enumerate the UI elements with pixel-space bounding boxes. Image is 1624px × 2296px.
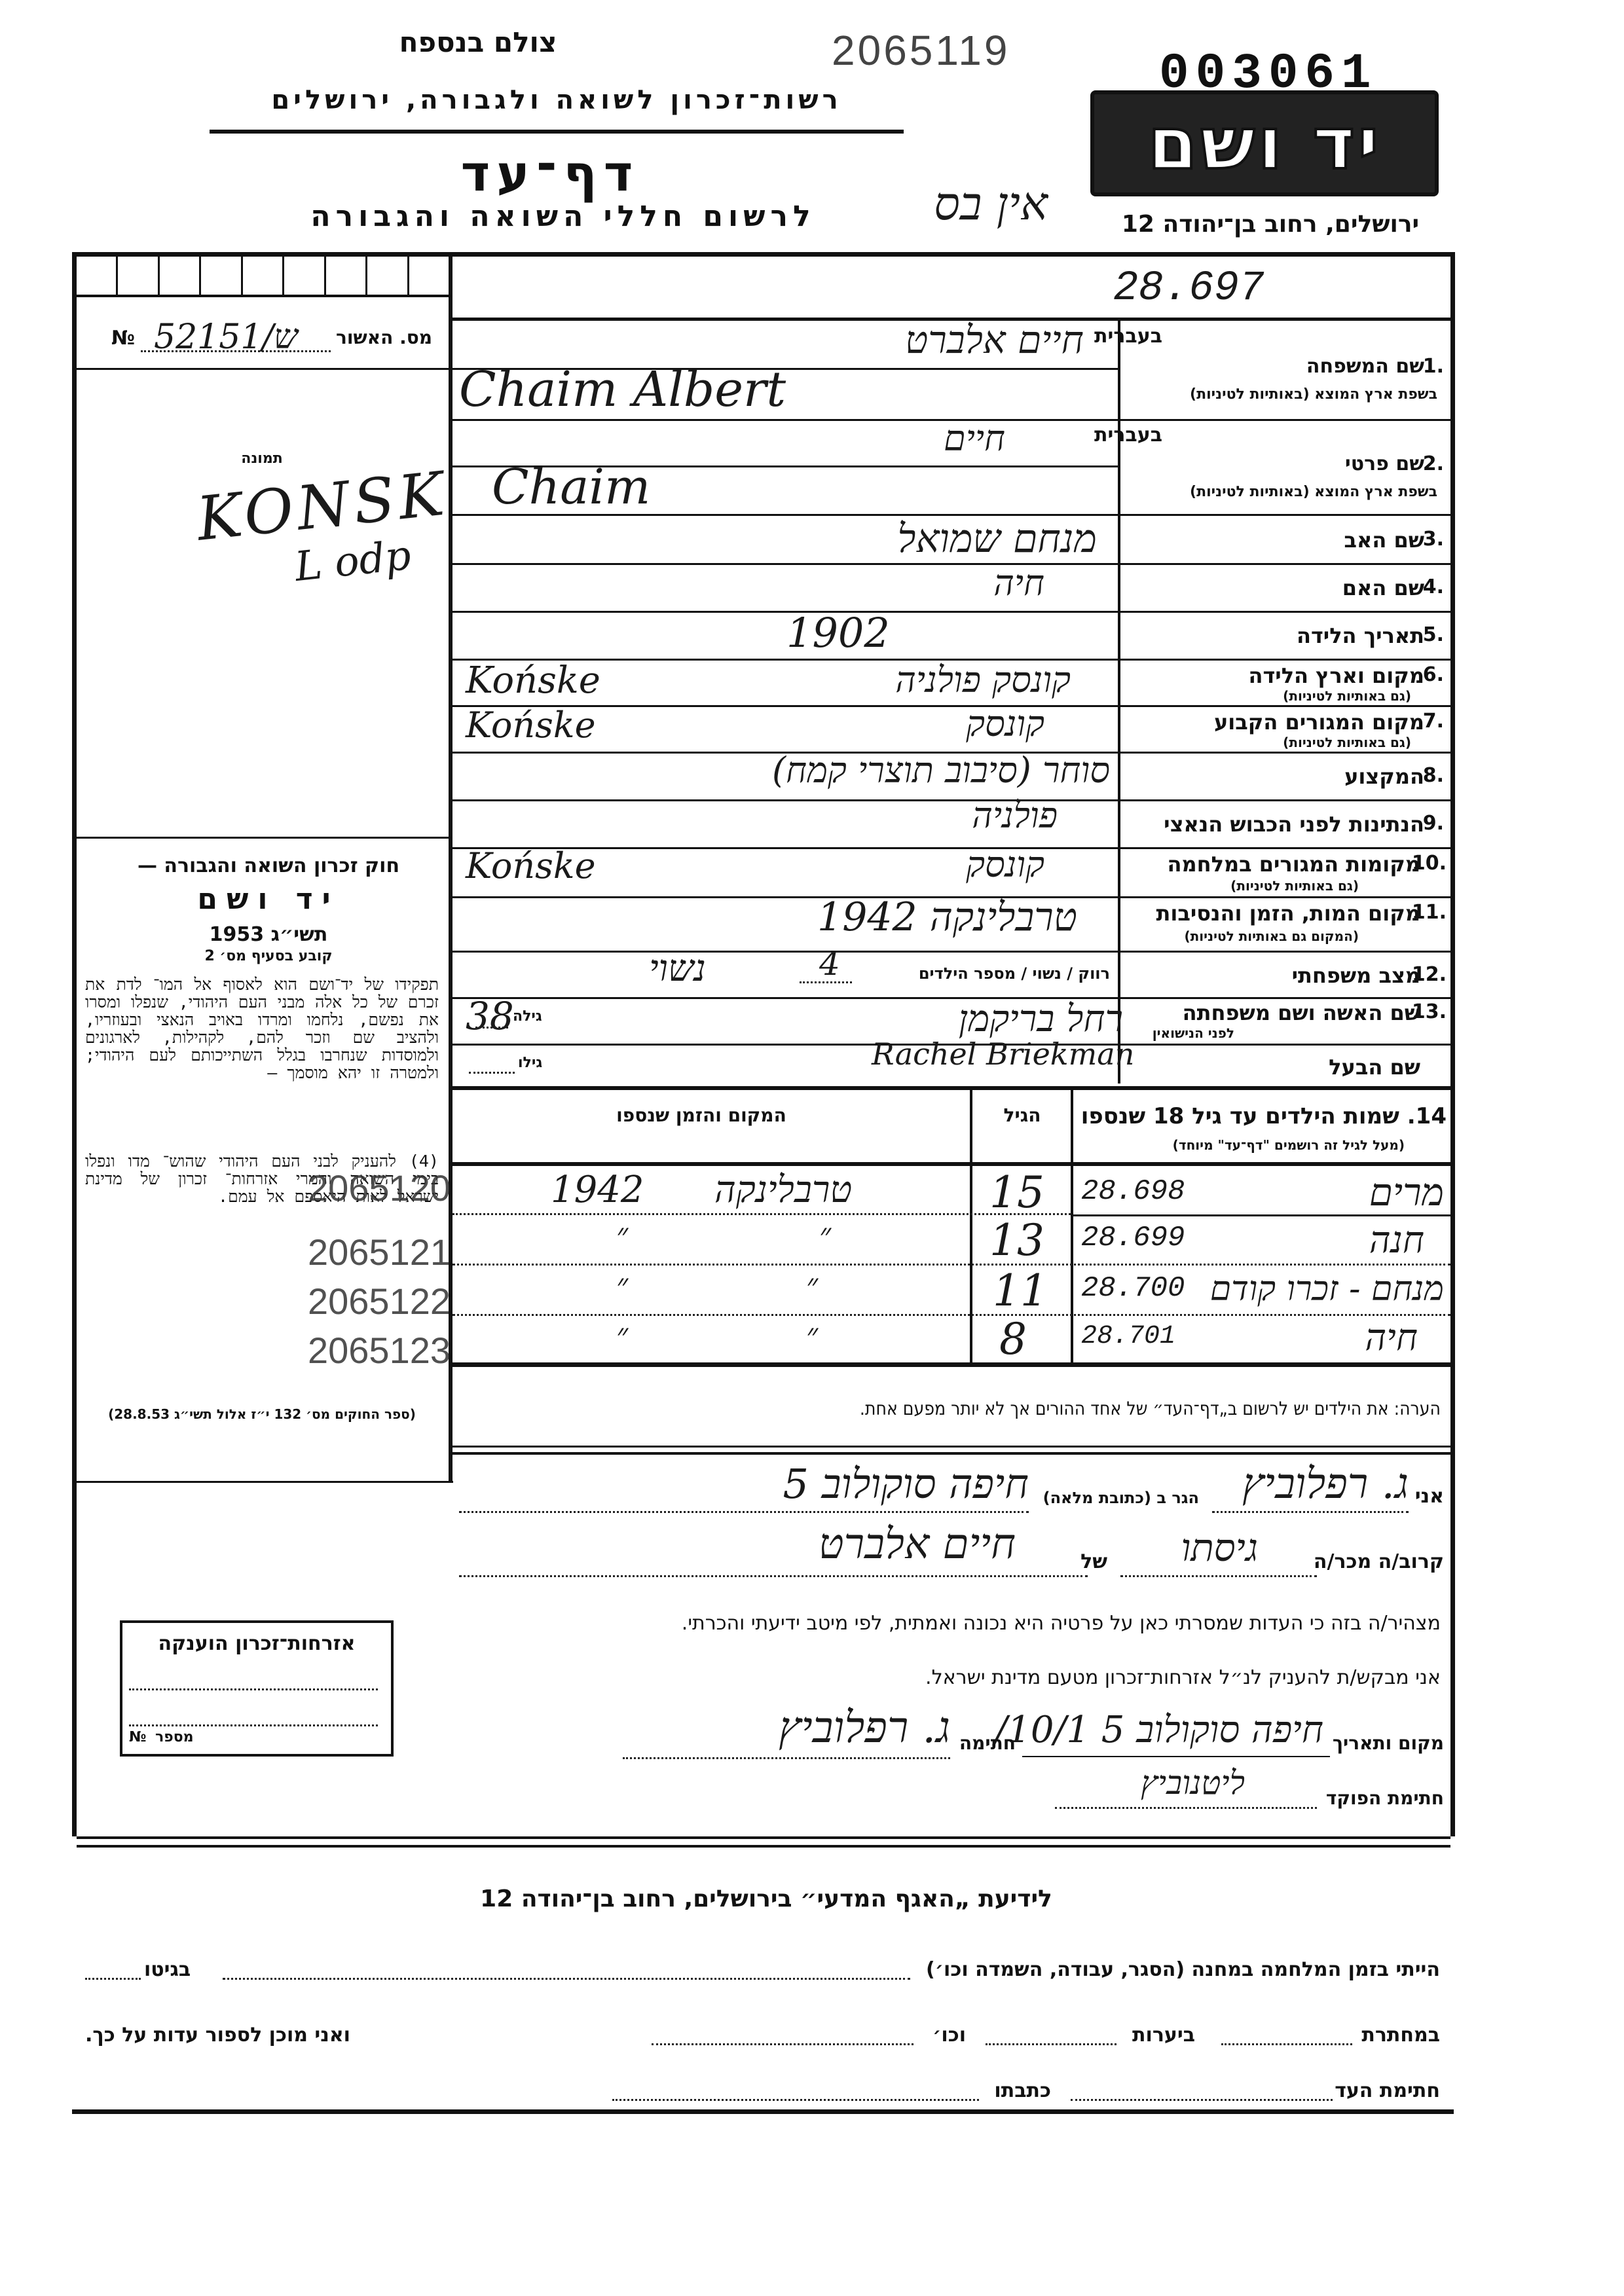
field-5-value[interactable]: 1902 [786, 609, 890, 657]
field-8-profession: המקצוע 8. סוחר (סיבוב תוצרי קמח) [452, 754, 1450, 799]
child-2-record: 28.699 [1081, 1222, 1185, 1254]
place-date-row: מקום ותאריך חיפה סוקולוב 5 10/1/ חתימה ג… [452, 1702, 1448, 1768]
child-2-year[interactable]: ״ [616, 1216, 628, 1253]
children-table-bottom [452, 1362, 1450, 1367]
children-count-line [800, 981, 852, 983]
frame-top [72, 252, 1454, 257]
place-date-line [1022, 1756, 1330, 1757]
footer-line-2: במחתרת ביערות וכו׳ ואני מוכן לספור עדות … [85, 2020, 1444, 2059]
underground-label: במחתרת [1361, 2024, 1440, 2047]
signature-value[interactable]: ג. רפלוביץ [779, 1702, 950, 1753]
child-3-record: 28.700 [1081, 1272, 1185, 1305]
field-7-number: 7. [1423, 710, 1444, 733]
declaration-bottom-1 [77, 1836, 1450, 1839]
field-1-family-name: בעברית שם המשפחה 1. בשפת ארץ המוצא (באות… [452, 321, 1450, 419]
of-value[interactable]: חיים אלברט [819, 1520, 1016, 1569]
field-10-value-hebrew[interactable]: קונסק [966, 844, 1044, 885]
place-date-label: מקום ותאריך [1333, 1732, 1444, 1754]
official-signature-label: חתימת הפוקד [1326, 1787, 1444, 1809]
field-13-age-value[interactable]: 38 [466, 994, 514, 1038]
field-8-value[interactable]: סוחר (סיבוב תוצרי קמח) [772, 750, 1110, 791]
stamped-number-2: 2065121 [308, 1231, 451, 1273]
form-title: דף־עד [419, 144, 681, 202]
field-13-age-label: גילה [513, 1008, 542, 1025]
approval-divider [77, 368, 449, 370]
signature-label: חתימה [959, 1732, 1016, 1754]
child-3-year[interactable]: ״ [616, 1267, 628, 1303]
form-subtitle: לרשום חללי השואה והגבורה [275, 200, 851, 233]
field-11-sublabel: (המקום גם באותיות לטיניות) [1184, 928, 1359, 944]
field-9-label: הנתינות לפני הכבוש הנאצי [1164, 812, 1424, 837]
record-number: 28.697 [1113, 265, 1264, 312]
child-row-4: חיה 28.701 8 ״ ״ [452, 1317, 1450, 1362]
child-1-record: 28.698 [1081, 1175, 1185, 1208]
footer-line-1: הייתי בזמן המלחמה במחנה (הסגר, עבודה, הש… [85, 1954, 1444, 1994]
children-table: 14. שמות הילדים עד גיל 18 שנספו (מעל לגי… [452, 1090, 1450, 1365]
approval-label: מס. האשור [336, 327, 432, 348]
child-row-2-dotted [452, 1264, 1450, 1266]
field-10-number: 10. [1412, 852, 1447, 875]
relative-value[interactable]: גיסתו [1181, 1525, 1258, 1570]
relative-line [1120, 1575, 1317, 1577]
child-4-place[interactable]: ״ [806, 1317, 818, 1353]
child-1-year[interactable]: 1942 [551, 1169, 644, 1211]
wife-value-latin[interactable]: Rachel Briekman [872, 1036, 1134, 1072]
citizenship-line-2 [129, 1724, 378, 1726]
child-2-age[interactable]: 13 [989, 1215, 1044, 1266]
signature-line [623, 1757, 950, 1759]
field-3-label: שם האב [1344, 528, 1424, 553]
declarant-name-line [1212, 1511, 1409, 1513]
col-place-time-header: המקום והזמן שנספו [518, 1104, 885, 1126]
field-6-value-latin[interactable]: Końske [466, 659, 600, 702]
declaration-line-2: קרוב/ה מכר/ה גיסתו של חיים אלברט [452, 1520, 1448, 1586]
field-2-value-hebrew[interactable]: חיים [944, 418, 1005, 459]
child-2-place[interactable]: ״ [819, 1216, 831, 1253]
etc-label: וכו׳ [932, 2024, 966, 2047]
photo-label: תמונה [223, 450, 301, 467]
declaration-request: אני מבקש/ת להעניק לנ״ל אזרחות־זכרון מטעם… [589, 1666, 1441, 1689]
field-5-birth-date: תאריך הלידה 5. 1902 [452, 613, 1450, 659]
declarant-name[interactable]: ג. רפלוביץ [1242, 1460, 1409, 1508]
stamp-number: 2065119 [832, 26, 1010, 75]
child-3-age[interactable]: 11 [993, 1266, 1048, 1316]
law-box-bottom [77, 1481, 453, 1483]
children-subtitle: (מעל לגיל זה רושמים "דף־עד" מיוחד) [1173, 1137, 1405, 1153]
citizenship-number-label: מספר [155, 1729, 194, 1745]
field-9-value[interactable]: פולניה [972, 795, 1058, 836]
field-2-number: 2. [1423, 452, 1444, 475]
child-row-3: מנחם - זכרו קודם 28.700 11 ״ ״ [452, 1267, 1450, 1315]
child-row-3-dotted [452, 1314, 1450, 1316]
field-7-label: מקום המגורים הקבוע [1214, 710, 1424, 735]
field-1-value-latin[interactable]: Chaim Albert [459, 361, 786, 418]
ghetto-label: בגיטו [144, 1958, 191, 1981]
field-12-inline-label: רווק / נשוי / מספר הילדים [919, 964, 1110, 983]
field-7-sublabel: (גם באותיות לטיניות) [1283, 735, 1411, 750]
field-12-value[interactable]: נשוי [649, 947, 706, 990]
field-12-number: 12. [1412, 963, 1447, 986]
note-bottom-1 [452, 1446, 1450, 1448]
official-signature-value[interactable]: ליטנוביץ [1141, 1764, 1245, 1802]
place-date-value[interactable]: חיפה סוקולוב 5 10/1/ [995, 1709, 1323, 1751]
children-note: הערה: את הילדים יש לרשום ב„דף־העד״ של אח… [498, 1398, 1441, 1419]
citizenship-line-1 [129, 1688, 378, 1690]
tick-boxes [77, 257, 449, 296]
child-1-age[interactable]: 15 [989, 1167, 1044, 1218]
field-2-label: שם פרטי [1345, 452, 1424, 475]
field-12-children-count[interactable]: 4 [819, 945, 840, 983]
frame-right [1450, 252, 1455, 1836]
child-row-1: מרים 28.698 15 טרבלינקה 1942 [452, 1166, 1450, 1214]
field-11-label: מקום המות, הזמן והנסיבות [1156, 901, 1420, 926]
tick-boxes-bottom [77, 295, 449, 297]
field-6-sublabel: (גם באותיות לטיניות) [1283, 688, 1411, 704]
address: ירושלים, רחוב בן־יהודה 12 [1094, 211, 1447, 238]
photo-attached-label: צולם בנספח [367, 26, 589, 58]
field-12-label: מצב משפחתי [1292, 963, 1420, 988]
forests-label: ביערות [1132, 2024, 1195, 2047]
field-7-residence: מקום המגורים הקבוע 7. (גם באותיות לטיניו… [452, 707, 1450, 752]
husband-label: שם הבעל [1329, 1055, 1420, 1080]
child-3-place[interactable]: ״ [806, 1267, 818, 1303]
field-11-death-place: מקום המות, הזמן והנסיבות 11. (המקום גם ב… [452, 898, 1450, 951]
yad-vashem-logo: יד ושם [1090, 90, 1439, 196]
resides-line [459, 1511, 1029, 1513]
law-section: קובע בסעיף מס׳ 2 [98, 948, 439, 964]
field-10-value-latin[interactable]: Końske [466, 845, 596, 886]
husband-age-label: גילו [518, 1055, 542, 1071]
witness-signature-label: חתימת העד [1335, 2079, 1440, 2102]
child-4-year[interactable]: ״ [616, 1317, 628, 1353]
field-8-number: 8. [1423, 764, 1444, 787]
field-1-number: 1. [1423, 355, 1444, 378]
citizenship-title: אזרחות־זכרון הוענקה [122, 1632, 391, 1655]
field-7-value-latin[interactable]: Końske [466, 704, 596, 746]
resides-label: הגר ב (כתובת מלאה) [1043, 1489, 1199, 1507]
child-row-1-dotted [452, 1213, 1071, 1215]
official-signature-row: חתימת הפוקד ליטנוביץ [452, 1768, 1448, 1820]
camp-line [223, 1978, 910, 1980]
field-13-label: שם האשה ושם משפחתה [1183, 1000, 1420, 1025]
field-1-lang-label: בעברית [1094, 325, 1162, 348]
field-3-value[interactable]: מנחם שמואל [897, 516, 1097, 562]
approval-no-symbol: № [111, 327, 135, 350]
footer-heading: לידיעת „האגף המדעי״ בירושלים, רחוב בן־יה… [275, 1886, 1257, 1912]
relative-label: קרוב/ה מכר/ה [1314, 1550, 1444, 1573]
field-5-label: תאריך הלידה [1297, 623, 1424, 648]
photo-area-bottom [77, 837, 449, 839]
witness-address-label: כתבתו [994, 2079, 1051, 2102]
field-11-number: 11. [1412, 901, 1447, 924]
field-6-birthplace: מקום וארץ הלידה 6. (גם באותיות לטיניות) … [452, 661, 1450, 705]
law-name: יד ושם [98, 883, 439, 916]
declarant-i-label: אני [1415, 1485, 1444, 1508]
field-13-sublabel: לפני הנישואין [1153, 1025, 1234, 1041]
child-2-name[interactable]: חנה [1369, 1219, 1424, 1262]
field-13-value-hebrew[interactable]: רחל בריקמן [959, 998, 1123, 1040]
field-10-label: מקומות המגורים במלחמה [1167, 852, 1420, 877]
field-12-marital-status: מצב משפחתי 12. רווק / נשוי / מספר הילדים… [452, 953, 1450, 997]
handwritten-note: אין בס [877, 177, 1048, 231]
official-signature-line [1055, 1807, 1317, 1809]
citizenship-number-symbol: № [129, 1729, 146, 1745]
child-4-record: 28.701 [1081, 1322, 1175, 1351]
stamped-number-1: 2065120 [308, 1167, 451, 1209]
field-1-label: שם המשפחה [1306, 355, 1424, 378]
field-4-mother-name: שם האם 4. חיה [452, 565, 1450, 611]
field-9-number: 9. [1423, 812, 1444, 835]
field-6-number: 6. [1423, 663, 1444, 686]
child-3-name[interactable]: מנחם - זכרו קודם [1210, 1269, 1444, 1309]
header-underline [210, 130, 904, 134]
stamped-number-3: 2065122 [308, 1280, 451, 1322]
footer-line-3: חתימת העד כתבתו [85, 2075, 1444, 2115]
witness-address-line [612, 2099, 979, 2101]
declaration-statement: מצהיר/ה בזה כי העדות שמסרתי כאן על פרטיה… [458, 1612, 1441, 1635]
child-1-name[interactable]: מרים [1369, 1170, 1444, 1214]
field-2-lang-label: בעברית [1094, 424, 1162, 446]
field-husband-name: שם הבעל גילו Rachel Briekman [452, 1046, 1450, 1086]
field-10-wartime-residence: מקומות המגורים במלחמה 10. (גם באותיות לט… [452, 849, 1450, 896]
husband-age-line [469, 1072, 515, 1074]
declaration-line-1: אני ג. רפלוביץ הגר ב (כתובת מלאה) חיפה ס… [452, 1455, 1448, 1520]
field-5-number: 5. [1423, 623, 1444, 646]
child-row-2: חנה 28.699 13 ״ ״ [452, 1216, 1450, 1265]
resides-value[interactable]: חיפה סוקולוב 5 [783, 1460, 1029, 1508]
field-4-label: שם האם [1342, 575, 1424, 600]
field-2-given-name: בעברית שם פרטי 2. בשפת ארץ המוצא (באותיו… [452, 421, 1450, 514]
etc-line [652, 2043, 913, 2045]
forests-line [986, 2043, 1116, 2045]
law-reference: (ספר החוקים מס׳ 132 י״ז אלול תשי״ג 28.8.… [79, 1406, 445, 1422]
underground-line [1221, 2043, 1352, 2045]
field-6-label: מקום וארץ הלידה [1248, 663, 1424, 688]
child-4-name[interactable]: חיה [1365, 1317, 1418, 1359]
field-8-label: המקצוע [1344, 764, 1424, 789]
witness-signature-line [1071, 2099, 1333, 2101]
of-label: של [1080, 1550, 1107, 1573]
law-year: תשי״ג 1953 [98, 923, 439, 946]
stamped-number-4: 2065123 [308, 1329, 451, 1372]
camp-label: הייתי בזמן המלחמה במחנה (הסגר, עבודה, הש… [926, 1958, 1440, 1981]
child-4-age[interactable]: 8 [999, 1314, 1027, 1364]
field-1-value-hebrew[interactable]: חיים אלברט [905, 318, 1084, 362]
law-title: חוק זכרון השואה והגבורה — [98, 854, 439, 877]
law-text: תפקידו של יד־ושם הוא לאסוף אל המו־ לדת א… [85, 975, 439, 1082]
field-13-number: 13. [1412, 1000, 1447, 1023]
approval-dotted-line [141, 350, 331, 352]
ready-to-testify: ואני מוכן לספור עדות על כך. [85, 2024, 350, 2047]
field-11-value[interactable]: טרבלינקה 1942 [817, 894, 1077, 940]
field-4-number: 4. [1423, 575, 1444, 598]
col-age-header: הגיל [980, 1104, 1065, 1126]
wife-age-line [475, 1027, 508, 1029]
institution-name: רשות־זכרון לשואה ולגבורה, ירושלים [196, 85, 917, 115]
approval-row: № 52151/ש מס. האשור [92, 318, 439, 363]
logo-text: יד ושם [1094, 94, 1435, 192]
field-9-nationality: הנתינות לפני הכבוש הנאצי 9. פולניה [452, 801, 1450, 847]
citizenship-box: אזרחות־זכרון הוענקה № מספר [120, 1620, 394, 1757]
field-7-value-hebrew[interactable]: קונסק [966, 703, 1044, 744]
field-3-father-name: שם האב 3. מנחם שמואל [452, 516, 1450, 563]
field-6-value-hebrew[interactable]: קונסק פולניה [895, 659, 1071, 701]
children-title: 14. שמות הילדים עד גיל 18 שנספו [1081, 1103, 1447, 1129]
ghetto-line [85, 1978, 141, 1980]
field-10-sublabel: (גם באותיות לטיניות) [1230, 878, 1359, 894]
field-3-number: 3. [1423, 528, 1444, 551]
field-2-value-latin[interactable]: Chaim [492, 459, 650, 515]
frame-left [72, 252, 77, 1836]
declaration-bottom-2 [77, 1845, 1450, 1848]
of-line [459, 1575, 1088, 1577]
field-1-sublabel: בשפת ארץ המוצא (באותיות לטיניות) [1190, 386, 1437, 403]
field-4-value[interactable]: חיה [993, 562, 1044, 604]
child-1-place[interactable]: טרבלינקה [714, 1169, 852, 1211]
field-2-sublabel: בשפת ארץ המוצא (באותיות לטיניות) [1190, 484, 1437, 500]
